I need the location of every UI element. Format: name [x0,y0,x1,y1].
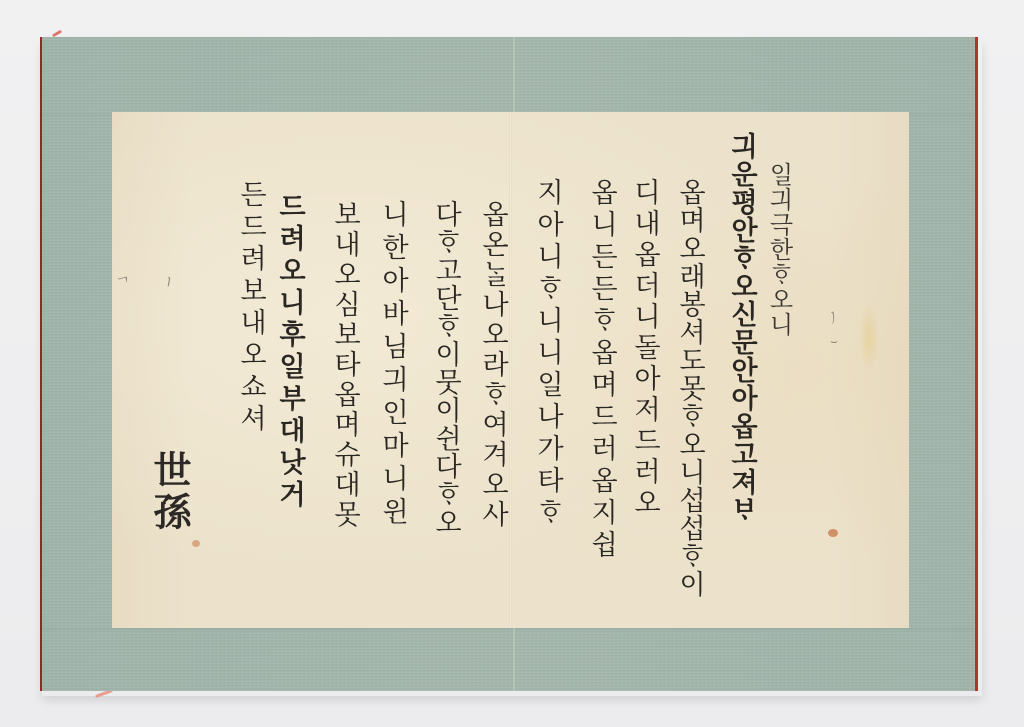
letter-column-12: 든드려보내오쇼셔 [235,180,265,436]
letter-column-7: 옵온ᄂᆞᆯ나오라ᄒᆞ여겨오사 [477,200,507,530]
signature-seson: 世孫 [142,450,197,534]
ink-smudge: ⌣ [830,334,838,349]
letter-column-3: 옵며오래봉셔도못ᄒᆞ오니섭섭ᄒᆞ이 [674,178,704,598]
letter-column-10: 보내오심보타옵며슈대못 [329,200,359,530]
water-stain [859,302,879,372]
letter-column-5: 옵니든든ᄒᆞ옵며드러옵지쉽 [586,178,616,562]
ink-smudge: ノ [821,305,845,329]
ink-smudge: ᄀ [114,271,134,297]
rust-spot [828,529,838,537]
letter-column-6: 지아니ᄒᆞ니니일나가타ᄒᆞ [532,178,562,530]
letter-column-9: 니한아바님긔인마니윈 [377,200,407,530]
letter-column-4: 디내옵더니돌아저드러오 [629,178,659,519]
photo-stage: ᄀ ᅵ ノ ⌣ 일긔극한ᄒᆞ오니 긔운평안ᄒᆞ오신문안아옵고져ᄇᆞ 옵며오래봉셔… [0,0,1024,727]
letter-column-2: 긔운평안ᄒᆞ오신문안아옵고져ᄇᆞ [726,132,756,524]
ink-smudge: ᅵ [154,271,173,296]
letter-column-11: 드려오니후일부대낫거 [274,192,304,512]
letter-column-8: 다ᄒᆞ고단ᄒᆞ이뭇이쉰다ᄒᆞ오 [430,200,460,536]
rust-spot [192,540,200,547]
paper-fold-line [509,112,512,628]
letter-column-1: 일긔극한ᄒᆞ오니 [764,162,794,337]
